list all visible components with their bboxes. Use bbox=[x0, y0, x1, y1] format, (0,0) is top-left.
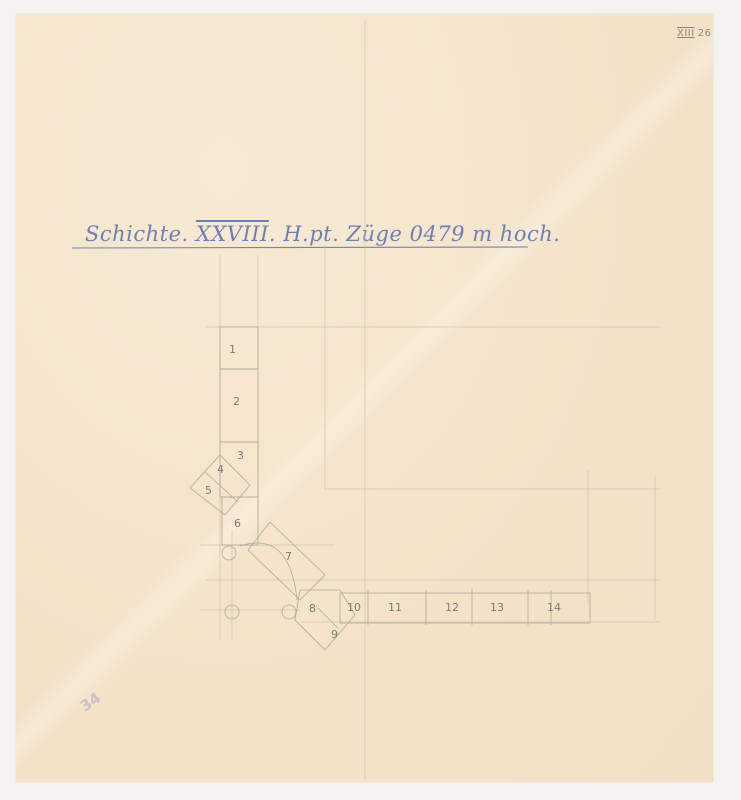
stone-label-6: 6 bbox=[234, 517, 241, 530]
stone-label-14: 14 bbox=[547, 601, 561, 614]
construction-drawing: 1 2 3 4 5 6 7 8 9 10 11 12 13 14 bbox=[0, 0, 741, 800]
title-underline bbox=[72, 247, 528, 248]
stone-label-1: 1 bbox=[229, 343, 236, 356]
construction-lines bbox=[200, 20, 660, 780]
stone-label-12: 12 bbox=[445, 601, 459, 614]
stone-label-9: 9 bbox=[331, 628, 338, 641]
stone-label-2: 2 bbox=[233, 395, 240, 408]
stone-label-5: 5 bbox=[205, 484, 212, 497]
stone-label-11: 11 bbox=[388, 601, 402, 614]
stone-label-4: 4 bbox=[217, 463, 224, 476]
stone-label-10: 10 bbox=[347, 601, 361, 614]
stone-label-3: 3 bbox=[237, 449, 244, 462]
stone-label-7: 7 bbox=[285, 550, 292, 563]
stone-label-13: 13 bbox=[490, 601, 504, 614]
stone-label-8: 8 bbox=[309, 602, 316, 615]
